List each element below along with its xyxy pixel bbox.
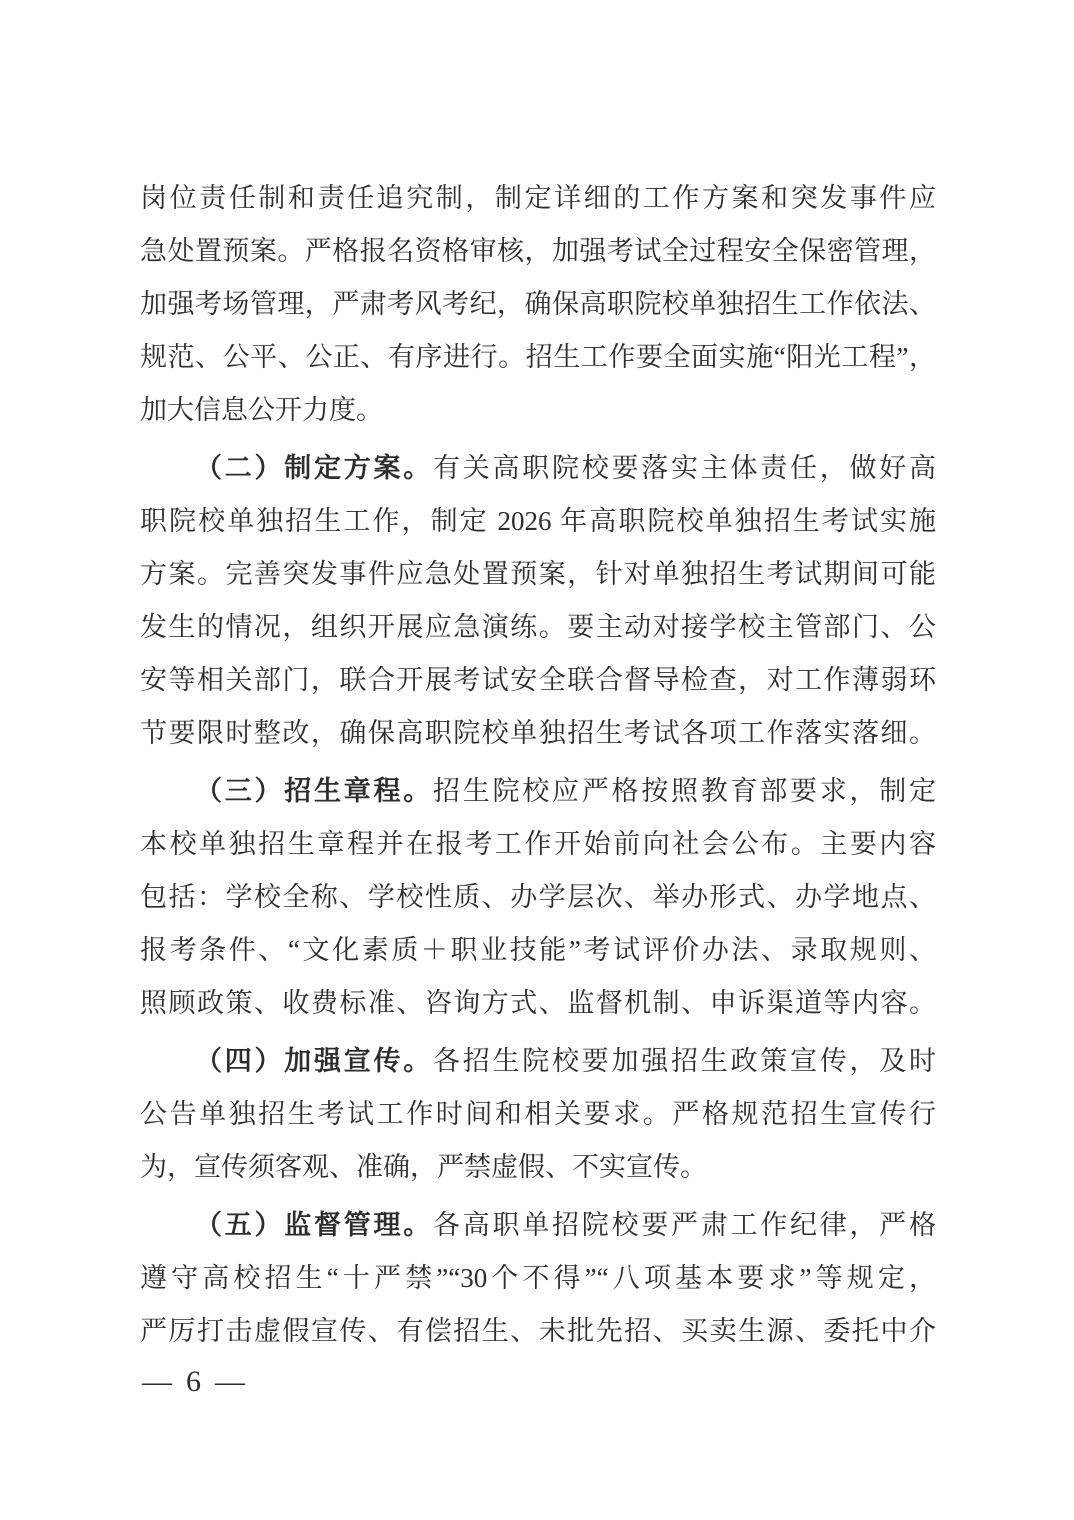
section-heading: （五）监督管理。 (195, 1210, 433, 1240)
footer-dash-left: — (142, 1360, 172, 1404)
footer-dash-right: — (215, 1360, 245, 1404)
text-line: 节要限时整改，确保高职院校单独招生考试各项工作落实落细。 (140, 707, 936, 760)
text-line: 照顾政策、收费标准、咨询方式、监督机制、申诉渠道等内容。 (140, 977, 936, 1030)
section-heading: （三）招生章程。 (195, 776, 433, 806)
line-text: 安等相关部门，联合开展考试安全联合督导检查，对工作薄弱环 (140, 665, 936, 695)
line-text: 各高职单招院校要严肃工作纪律，严格 (433, 1210, 936, 1240)
line-text: 照顾政策、收费标准、咨询方式、监督机制、申诉渠道等内容。 (140, 988, 936, 1018)
text-line: （三）招生章程。招生院校应严格按照教育部要求，制定 (140, 765, 936, 818)
line-text: 各招生院校要加强招生政策宣传，及时 (433, 1046, 936, 1076)
line-text: 公告单独招生考试工作时间和相关要求。严格规范招生宣传行 (140, 1099, 936, 1129)
document-page: 岗位责任制和责任追究制，制定详细的工作方案和突发事件应急处置预案。严格报名资格审… (0, 0, 1074, 1520)
line-text: 加强考场管理，严肃考风考纪，确保高职院校单独招生工作依法、 (140, 289, 936, 319)
line-text: 包括：学校全称、学校性质、办学层次、举办形式、办学地点、 (140, 882, 936, 912)
text-line: 严厉打击虚假宣传、有偿招生、未批先招、买卖生源、委托中介 (140, 1305, 936, 1358)
document-body: 岗位责任制和责任追究制，制定详细的工作方案和突发事件应急处置预案。严格报名资格审… (140, 172, 936, 1358)
text-line: 职院校单独招生工作，制定 2026 年高职院校单独招生考试实施 (140, 495, 936, 548)
text-line: 安等相关部门，联合开展考试安全联合督导检查，对工作薄弱环 (140, 654, 936, 707)
line-text: 为，宣传须客观、准确，严禁虚假、不实宣传。 (140, 1152, 707, 1182)
line-text: 节要限时整改，确保高职院校单独招生考试各项工作落实落细。 (140, 718, 936, 748)
text-line: 报考条件、“文化素质＋职业技能”考试评价办法、录取规则、 (140, 924, 936, 977)
line-text: 规范、公平、公正、有序进行。招生工作要全面实施“阳光工程”， (140, 342, 936, 372)
text-line: 为，宣传须客观、准确，严禁虚假、不实宣传。 (140, 1141, 936, 1194)
line-text: 有关高职院校要落实主体责任，做好高 (433, 453, 936, 483)
line-text: 严厉打击虚假宣传、有偿招生、未批先招、买卖生源、委托中介 (140, 1316, 936, 1346)
line-text: 加大信息公开力度。 (140, 395, 383, 425)
line-text: 发生的情况，组织开展应急演练。要主动对接学校主管部门、公 (140, 612, 936, 642)
text-line: （五）监督管理。各高职单招院校要严肃工作纪律，严格 (140, 1199, 936, 1252)
line-text: 急处置预案。严格报名资格审核，加强考试全过程安全保密管理， (140, 236, 936, 266)
text-line: 本校单独招生章程并在报考工作开始前向社会公布。主要内容 (140, 818, 936, 871)
line-text: 岗位责任制和责任追究制，制定详细的工作方案和突发事件应 (140, 183, 936, 213)
section-heading: （四）加强宣传。 (195, 1046, 433, 1076)
text-line: 发生的情况，组织开展应急演练。要主动对接学校主管部门、公 (140, 601, 936, 654)
text-line: 遵守高校招生“十严禁”“30个不得”“八项基本要求”等规定， (140, 1252, 936, 1305)
section-heading: （二）制定方案。 (195, 453, 433, 483)
text-line: （四）加强宣传。各招生院校要加强招生政策宣传，及时 (140, 1035, 936, 1088)
text-line: （二）制定方案。有关高职院校要落实主体责任，做好高 (140, 442, 936, 495)
text-line: 方案。完善突发事件应急处置预案，针对单独招生考试期间可能 (140, 548, 936, 601)
line-text: 本校单独招生章程并在报考工作开始前向社会公布。主要内容 (140, 829, 936, 859)
text-line: 包括：学校全称、学校性质、办学层次、举办形式、办学地点、 (140, 871, 936, 924)
line-text: 招生院校应严格按照教育部要求，制定 (433, 776, 936, 806)
footer-page-number: 6 (186, 1360, 201, 1404)
text-line: 规范、公平、公正、有序进行。招生工作要全面实施“阳光工程”， (140, 331, 936, 384)
text-line: 加强考场管理，严肃考风考纪，确保高职院校单独招生工作依法、 (140, 278, 936, 331)
text-line: 岗位责任制和责任追究制，制定详细的工作方案和突发事件应 (140, 172, 936, 225)
text-line: 加大信息公开力度。 (140, 384, 936, 437)
text-line: 公告单独招生考试工作时间和相关要求。严格规范招生宣传行 (140, 1088, 936, 1141)
line-text: 职院校单独招生工作，制定 2026 年高职院校单独招生考试实施 (140, 506, 936, 536)
line-text: 方案。完善突发事件应急处置预案，针对单独招生考试期间可能 (140, 559, 936, 589)
line-text: 报考条件、“文化素质＋职业技能”考试评价办法、录取规则、 (140, 935, 936, 965)
page-footer: —6— (142, 1360, 245, 1404)
text-line: 急处置预案。严格报名资格审核，加强考试全过程安全保密管理， (140, 225, 936, 278)
line-text: 遵守高校招生“十严禁”“30个不得”“八项基本要求”等规定， (140, 1263, 936, 1293)
